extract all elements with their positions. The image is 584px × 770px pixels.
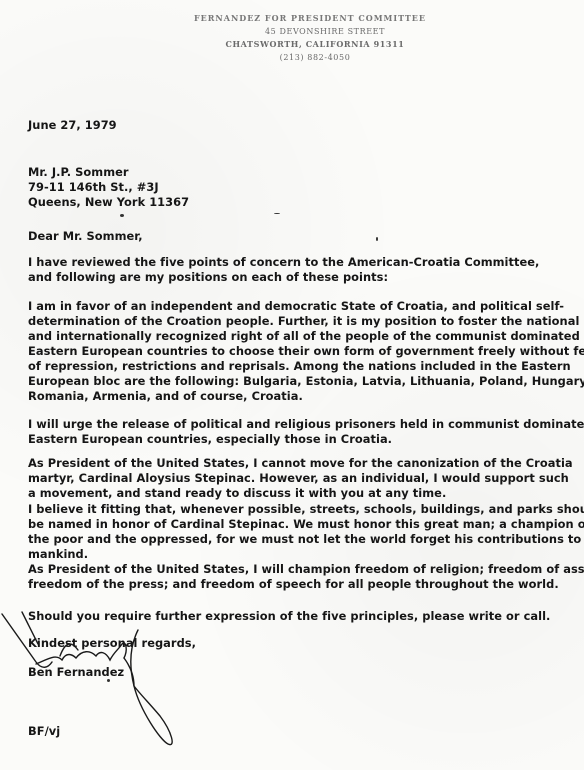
letterhead-street: 45 DEVONSHIRE STREET xyxy=(150,25,470,38)
signer-name: Ben Fernandez xyxy=(28,665,124,680)
paragraph-line: mankind. xyxy=(28,547,584,562)
body-paragraph: I am in favor of an independent and demo… xyxy=(28,299,584,404)
salutation: Dear Mr. Sommer, xyxy=(28,229,143,244)
recipient-street: 79-11 146th St., #3J xyxy=(28,180,189,195)
paragraph-line: of repression, restrictions and reprisal… xyxy=(28,359,584,374)
paragraph-line: and following are my positions on each o… xyxy=(28,270,539,285)
body-paragraph: As President of the United States, I wil… xyxy=(28,562,584,592)
paragraph-line: and internationally recognized right of … xyxy=(28,329,584,344)
paragraph-line: European bloc are the following: Bulgari… xyxy=(28,374,584,389)
paragraph-line: freedom of the press; and freedom of spe… xyxy=(28,577,584,592)
letterhead-organization: FERNANDEZ FOR PRESIDENT COMMITTEE xyxy=(150,12,470,25)
paragraph-line: I will urge the release of political and… xyxy=(28,417,584,432)
letterhead-phone: (213) 882-4050 xyxy=(150,51,470,64)
body-paragraph: Should you require further expression of… xyxy=(28,609,550,624)
letter-page: FERNANDEZ FOR PRESIDENT COMMITTEE 45 DEV… xyxy=(0,0,584,770)
body-paragraph: I will urge the release of political and… xyxy=(28,417,584,447)
letterhead: FERNANDEZ FOR PRESIDENT COMMITTEE 45 DEV… xyxy=(150,12,470,64)
paper-speck xyxy=(120,214,124,217)
paragraph-line: I have reviewed the five points of conce… xyxy=(28,255,539,270)
paragraph-line: be named in honor of Cardinal Stepinac. … xyxy=(28,517,584,532)
typist-initials: BF/vj xyxy=(28,724,60,739)
paragraph-line: Romania, Armenia, and of course, Croatia… xyxy=(28,389,584,404)
paragraph-line: the poor and the oppressed, for we must … xyxy=(28,532,584,547)
paper-speck xyxy=(274,213,280,214)
paragraph-line: I am in favor of an independent and demo… xyxy=(28,299,584,314)
recipient-address: Mr. J.P. Sommer 79-11 146th St., #3J Que… xyxy=(28,165,189,210)
recipient-name: Mr. J.P. Sommer xyxy=(28,165,189,180)
body-paragraph: As President of the United States, I can… xyxy=(28,456,573,501)
letter-date: June 27, 1979 xyxy=(28,118,117,133)
body-paragraph: I believe it fitting that, whenever poss… xyxy=(28,502,584,562)
letterhead-city: CHATSWORTH, CALIFORNIA 91311 xyxy=(150,38,470,51)
paragraph-line: Eastern European countries, especially t… xyxy=(28,432,584,447)
recipient-city: Queens, New York 11367 xyxy=(28,195,189,210)
paragraph-line: As President of the United States, I can… xyxy=(28,456,573,471)
body-paragraph: I have reviewed the five points of conce… xyxy=(28,255,539,285)
paragraph-line: I believe it fitting that, whenever poss… xyxy=(28,502,584,517)
paragraph-line: a movement, and stand ready to discuss i… xyxy=(28,486,573,501)
paper-speck xyxy=(376,237,378,241)
paragraph-line: determination of the Croation people. Fu… xyxy=(28,314,584,329)
paragraph-line: martyr, Cardinal Aloysius Stepinac. Howe… xyxy=(28,471,573,486)
closing: Kindest personal regards, xyxy=(28,636,196,651)
paragraph-line: Should you require further expression of… xyxy=(28,609,550,624)
paper-speck xyxy=(107,679,110,682)
paragraph-line: As President of the United States, I wil… xyxy=(28,562,584,577)
paragraph-line: Eastern European countries to choose the… xyxy=(28,344,584,359)
